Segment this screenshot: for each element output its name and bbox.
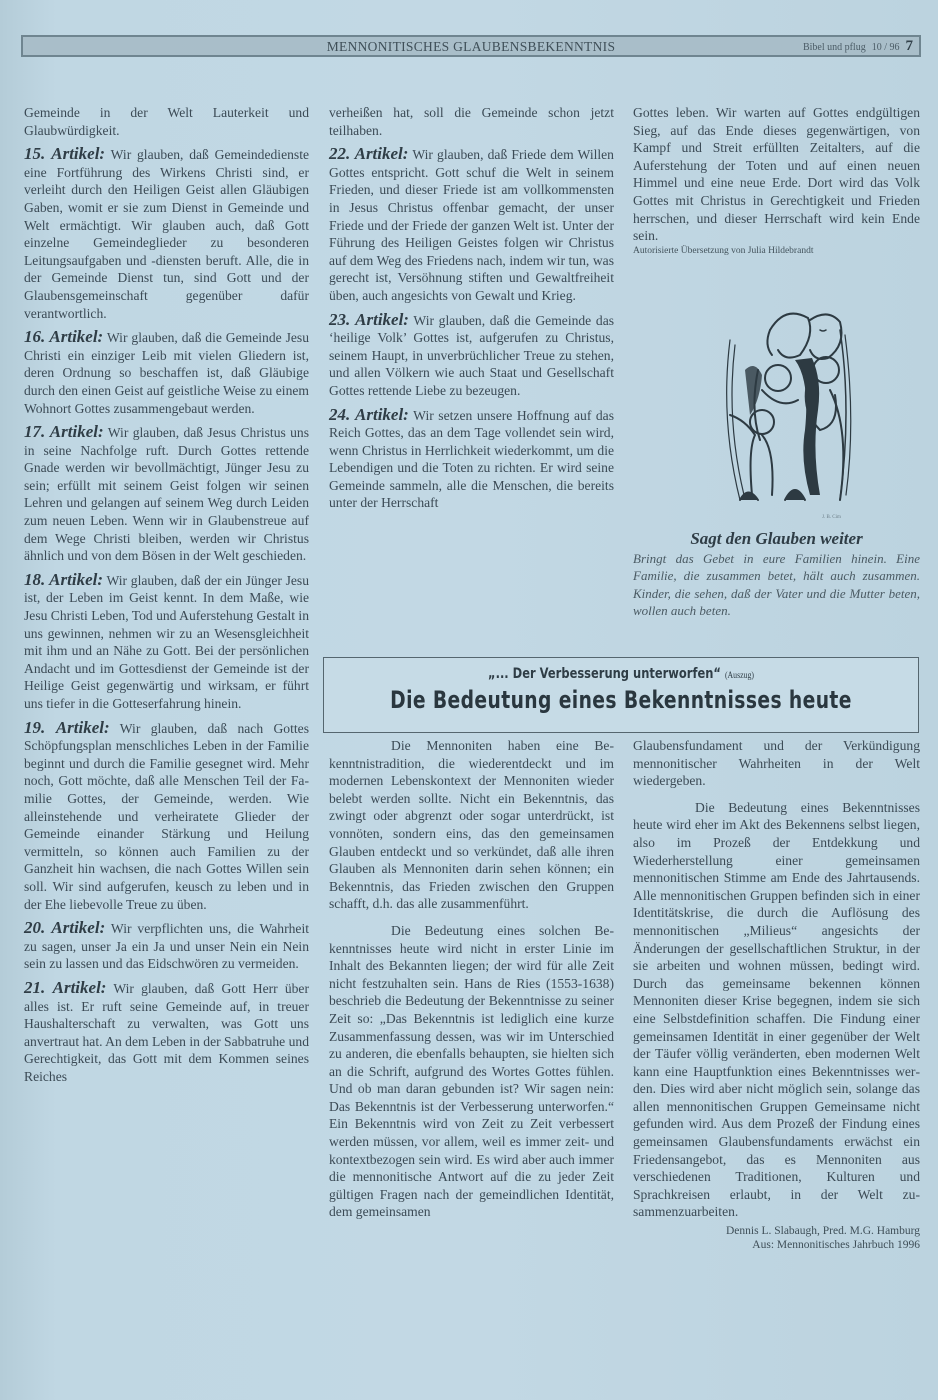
article-label: 20. Artikel: — [24, 918, 105, 937]
feature-column-1: Die Mennoniten haben eine Be­kenntnistra… — [329, 737, 614, 1230]
kicker-note: (Auszug) — [725, 671, 754, 681]
article-label: 18. Artikel: — [24, 570, 103, 589]
article-text: Wir glauben, daß Jesus Christus uns in s… — [24, 425, 309, 563]
header-title: MENNONITISCHES GLAUBENSBEKENNTNIS — [23, 39, 919, 55]
page-number: 7 — [906, 38, 914, 55]
artist-signature: J. B. Cim — [822, 515, 841, 520]
kicker-text: „... Der Verbesserung unterworfen“ — [488, 666, 721, 682]
article-text: Wir glauben, daß der ein Jünger Jesu ist… — [24, 573, 309, 711]
column-1: Gemeinde in der Welt Lauterkeit und Glau… — [24, 104, 309, 1091]
article-15: 15. Artikel: Wir glauben, daß Gemein­ded… — [24, 145, 309, 322]
article-label: 24. Artikel: — [329, 405, 409, 424]
author-name: Dennis L. Slabaugh, Pred. M.G. Hamburg — [633, 1224, 920, 1238]
feature-paragraph: Die Bedeutung eines Bekenntnisses heute … — [633, 799, 920, 1221]
column-3: Gottes leben. Wir warten auf Gottes end­… — [633, 104, 920, 263]
article-label: 19. Artikel: — [24, 718, 110, 737]
article-17: 17. Artikel: Wir glauben, daß Jesus Chri… — [24, 423, 309, 565]
article-22: 22. Artikel: Wir glauben, daß Friede dem… — [329, 145, 614, 304]
article-21-continuation: verheißen hat, soll die Gemeinde schon j… — [329, 104, 614, 139]
article-label: 22. Artikel: — [329, 144, 408, 163]
family-drawing-icon — [700, 300, 865, 515]
article-label: 16. Artikel: — [24, 327, 103, 346]
feature-paragraph: Die Mennoniten haben eine Be­kenntnistra… — [329, 737, 614, 913]
article-text: Wir glauben, daß nach Gottes Schöpfungsp… — [24, 721, 309, 912]
feature-headline-box: „... Der Verbesserung unterworfen“ (Ausz… — [323, 657, 919, 733]
issue-number: 10 / 96 — [872, 42, 900, 53]
article-text: Wir glauben, daß Gemein­dedienste eine F… — [24, 147, 309, 320]
translation-credit: Autorisierte Übersetzung von Julia Hilde… — [633, 245, 920, 257]
article-23: 23. Artikel: Wir glauben, daß die Ge­mei… — [329, 311, 614, 400]
feature-headline: Die Bedeutung eines Bekenntnisses heute — [389, 686, 852, 714]
article-24: 24. Artikel: Wir setzen unsere Hoffnung … — [329, 406, 614, 513]
article-label: 17. Artikel: — [24, 422, 104, 441]
article-text: Wir glauben, daß Friede dem Willen Gotte… — [329, 147, 614, 303]
illustration-caption: Sagt den Glauben weiter Bringt das Gebet… — [633, 528, 920, 619]
caption-body: Bringt das Gebet in eure Familien hinein… — [633, 550, 920, 619]
article-21: 21. Artikel: Wir glauben, daß Gott Herr … — [24, 979, 309, 1086]
feature-paragraph: Glaubensfundament und der Verkündi­gung … — [633, 737, 920, 790]
article-19: 19. Artikel: Wir glauben, daß nach Gotte… — [24, 719, 309, 914]
article-20: 20. Artikel: Wir verpflichten uns, die W… — [24, 919, 309, 973]
article-24-continuation: Gottes leben. Wir warten auf Gottes end­… — [633, 104, 920, 245]
feature-column-2: Glaubensfundament und der Verkündi­gung … — [633, 737, 920, 1252]
article-label: 15. Artikel: — [24, 144, 105, 163]
publication-name: Bibel und pflug — [803, 42, 866, 53]
article-continuation: Gemeinde in der Welt Lauterkeit und Glau… — [24, 104, 309, 139]
running-header: MENNONITISCHES GLAUBENSBEKENNTNIS Bibel … — [21, 35, 921, 57]
column-2: verheißen hat, soll die Gemeinde schon j… — [329, 104, 614, 518]
feature-paragraph: Die Bedeutung eines solchen Be­kenntniss… — [329, 922, 614, 1221]
header-meta: Bibel und pflug 10 / 96 7 — [803, 38, 913, 55]
feature-kicker: „... Der Verbesserung unterworfen“ (Ausz… — [377, 666, 864, 682]
author-signature: Dennis L. Slabaugh, Pred. M.G. Hamburg A… — [633, 1224, 920, 1252]
magazine-page: MENNONITISCHES GLAUBENSBEKENNTNIS Bibel … — [0, 0, 938, 1400]
article-label: 21. Artikel: — [24, 978, 106, 997]
article-16: 16. Artikel: Wir glauben, daß die Ge­mei… — [24, 328, 309, 417]
caption-title: Sagt den Glauben weiter — [633, 528, 920, 550]
source-note: Aus: Mennonitisches Jahrbuch 1996 — [633, 1238, 920, 1252]
article-label: 23. Artikel: — [329, 310, 409, 329]
article-18: 18. Artikel: Wir glauben, daß der ein Jü… — [24, 571, 309, 713]
